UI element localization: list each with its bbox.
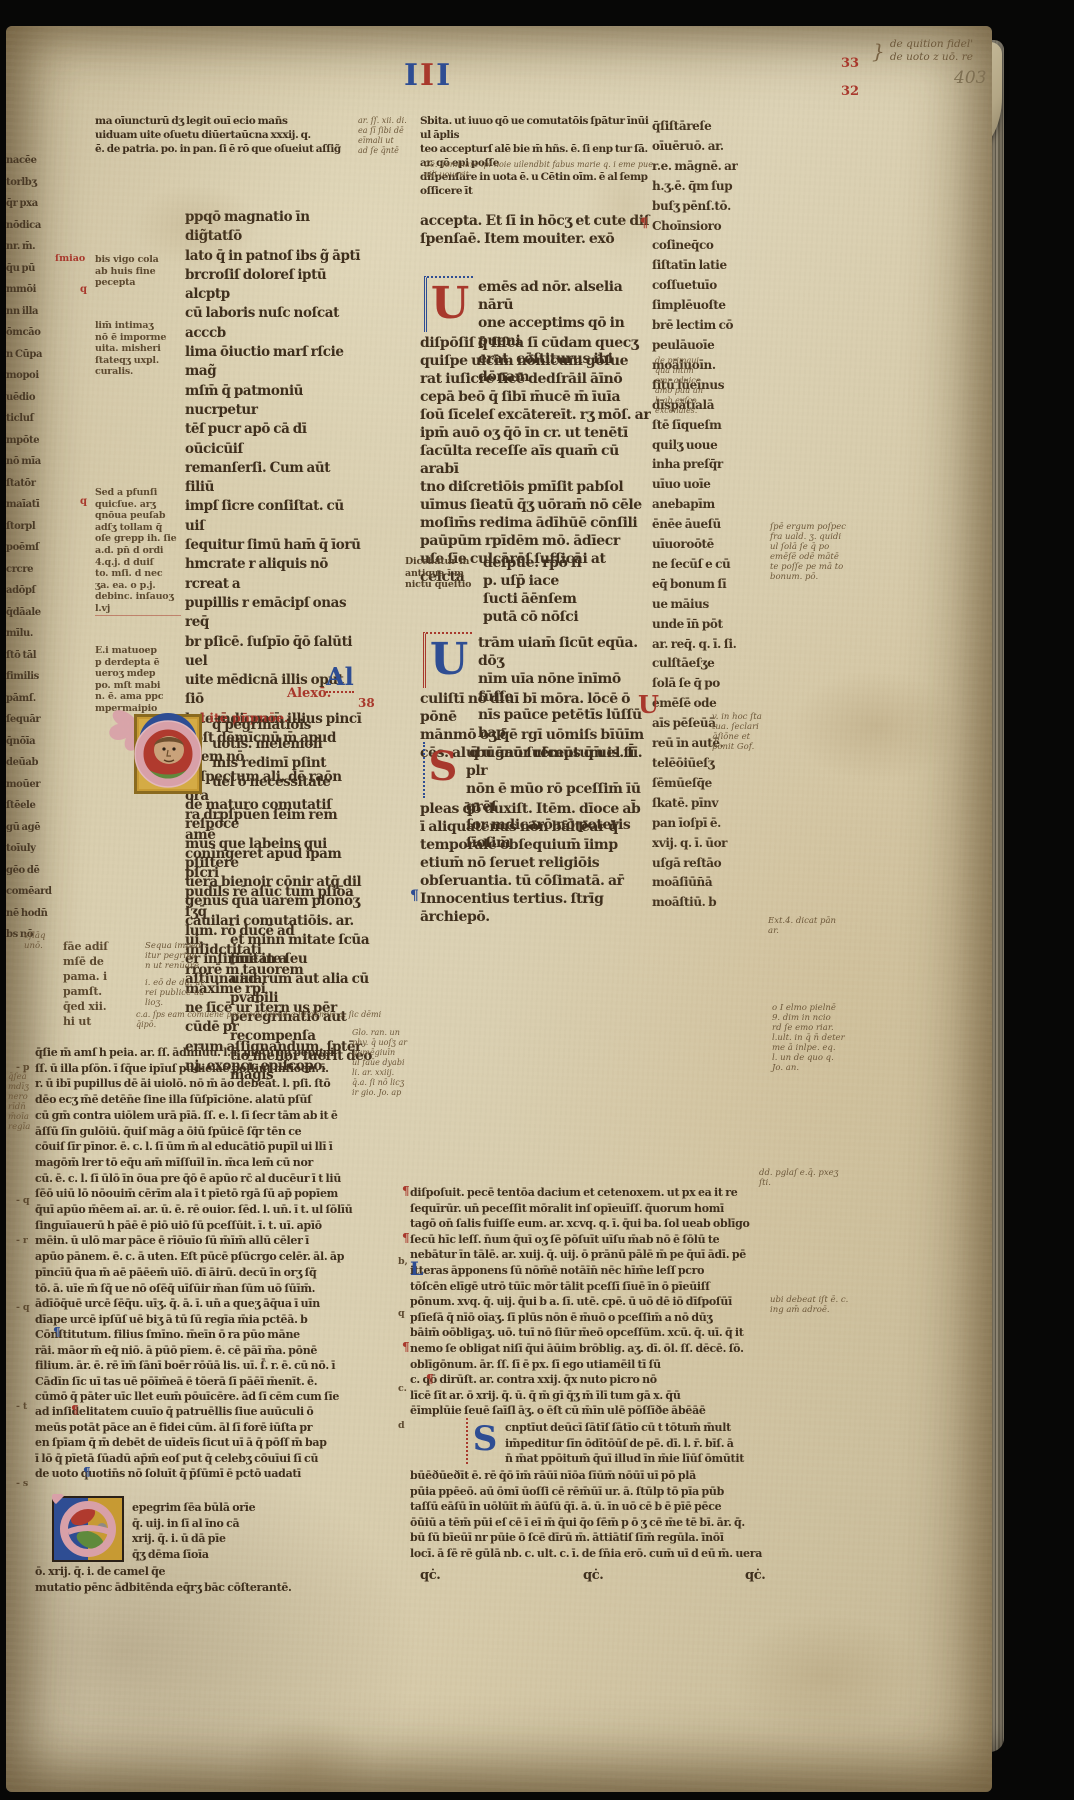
pen-initial-l-blue: L xyxy=(410,1258,423,1280)
inscription-brace: } xyxy=(872,39,885,63)
intercolumn-note-glo: Glo. ran. un phy. q̄ uoſʒ ar gumēgiuīn u… xyxy=(352,1028,418,1098)
quire-mark-bottom: 32 xyxy=(841,84,859,99)
col-a-intro-text: ma oīuncturū dʒ legit ouī ecio mañs uidu… xyxy=(95,114,363,156)
quire-mark: 33 32 xyxy=(841,43,859,99)
running-header-numeral: III xyxy=(404,58,452,93)
left-gloss-note: i. eō de da. ut rei publice ua lioʒ. xyxy=(145,978,215,1008)
col-a-text-beside-initial: q̄ pegrinatiōis uotis. melemoñ mis redim… xyxy=(212,716,364,792)
left-gloss-note: Sequa imped itur pegrina n ut renūare xyxy=(145,941,215,971)
pen-initial-s-red: S xyxy=(423,742,461,798)
commentary-left-end-text: ō. xrij. q̄. i. de camel q̄e mutatio pēn… xyxy=(35,1564,375,1595)
pen-initial-v-red: U xyxy=(638,690,659,719)
commentary-left-text: q̄ſie m̄ amſ h peia. ar. ſſ. ādmīuu. l. … xyxy=(35,1045,395,1296)
margin-mark: c. xyxy=(398,1383,407,1395)
commentary-text-beside-initial: cnptīut deūcī ſātīſ ſātīo cū t tōtum̄ m̄… xyxy=(505,1420,777,1467)
col-c-text: q̄ſiſtāreſe oīuēruō. ar. r.e. māgnē. ar … xyxy=(652,117,772,913)
pilcrow-icon: ¶ xyxy=(402,1340,410,1354)
margin-mark: b, xyxy=(398,1256,408,1268)
pilcrow-icon: ¶ xyxy=(410,888,419,904)
pen-initial-u-blue: U xyxy=(423,632,472,688)
left-gloss-cluster: bis vigo cola ab huis fine pecepta xyxy=(95,254,181,289)
manuscript-photo: III 33 32 } de quition fidel' de uoto z … xyxy=(0,0,1074,1800)
rubric-alexander: Alexō. xyxy=(287,686,331,701)
pilcrow-icon: ¶ xyxy=(640,216,648,231)
intercolumn-note-top: ar. ſſ. xii. di. ea ſī ſibi dē eīmali ut… xyxy=(358,116,420,156)
pen-initial-u-red: U xyxy=(424,276,473,332)
left-gloss-cluster: lim̄ intimaʒ nō ē imporme uita. misheri … xyxy=(95,320,181,378)
margin-letter: - r xyxy=(16,1235,28,1247)
left-gloss-cluster: Sed a pfunſi quicſue. arʒ qnōua peuſab a… xyxy=(95,487,181,616)
pen-initial-s-blue: S xyxy=(466,1418,502,1464)
margin-letter: - q xyxy=(16,1302,29,1314)
inscription-text: de quition fidel' de uoto z uō. re xyxy=(890,38,973,64)
manuscript-page: III 33 32 } de quition fidel' de uoto z … xyxy=(6,26,992,1792)
margin-note: de primaui qua intim̄ emr aduice amo puu… xyxy=(655,356,715,416)
margin-letter: - s xyxy=(16,1478,28,1490)
pilcrow-icon: ¶ xyxy=(426,1372,434,1386)
pilcrow-icon: ¶ xyxy=(53,1325,61,1339)
quaestio-mark: qċ. xyxy=(745,1568,765,1583)
gloss-q-tick: q xyxy=(80,284,87,295)
pilcrow-icon: ¶ xyxy=(402,1231,410,1245)
col-b-body-text: diſpōſiſ q̄ ſiſca ſī cūdam quecʒ quiſpe … xyxy=(420,334,652,586)
col-b-body-text: pleas q̄ō duxiſt. Itēm. dīoce ab̄ ī aliq… xyxy=(420,800,652,926)
col-b-body-text: accepta. Et ſī in hōcʒ et cute diſ ſpenſ… xyxy=(420,212,652,248)
folio-number: 403 xyxy=(954,68,986,88)
left-edge-cursive-note: q̄ſeā mdīʒ nero rīdn̄ m̄oīa regīa xyxy=(8,1072,38,1132)
header-numeral-3: I xyxy=(436,58,452,93)
commentary-right-text: diſpoſuit. pecē tentōa dacium et cetenox… xyxy=(410,1185,778,1419)
pilcrow-icon: ¶ xyxy=(71,1403,79,1417)
left-strip-gloss: nacēe torlbʒ q̄r pxa nōdica nr. m̄. q̄u … xyxy=(6,150,52,946)
margin-note: ſpē ergum poſpec fra uald. ʒ. quidi ul ſ… xyxy=(770,522,874,582)
margin-mark: d xyxy=(398,1420,404,1432)
gloss-q-tick: q xyxy=(80,496,87,507)
header-numeral-2: I xyxy=(420,58,436,93)
margin-note: v. in hoc ſta tua. ſeclari q̄ſiōne et po… xyxy=(712,712,772,752)
margin-mark: q xyxy=(398,1308,404,1320)
pen-initial-al: Al xyxy=(326,662,354,693)
margin-note: Ext.4. dicat pān ar. xyxy=(768,916,872,936)
left-gloss-red-word: ſmiao xyxy=(55,253,85,264)
historiated-initial-q-face-icon xyxy=(106,698,206,798)
margin-letter: - t xyxy=(16,1401,27,1413)
commentary-text-beside-initial: epegrim ſēa būlā orīe q̄. uij. in ſī al … xyxy=(132,1500,394,1562)
commentary-right-text: būēðūeðīt ē. rē q̄ō īm̄ rāūī nīōa ſīūm̄ … xyxy=(410,1468,778,1562)
left-edge-cursive-note: eſlāq unō. xyxy=(24,931,60,951)
gutter-chapter-number: 38 xyxy=(358,696,375,710)
commentary-left-text: ādīōq̄uē urcē ſēq̄u. uīʒ. q̄. ā. ī. un̄ … xyxy=(35,1296,395,1405)
quaestio-mark: qċ. xyxy=(583,1568,603,1583)
pilcrow-icon: ¶ xyxy=(402,1184,410,1198)
col-a-cursive-addition: c.a. ſps eam comuene por uocū iahud q ſi… xyxy=(136,1010,386,1030)
margin-note: ubi debeat iſt ē. c. ing am̄ adroē. xyxy=(770,1295,874,1315)
intercolumn-note-dicebatur: Dicebatur in antiqua ī m nictu q̄ueſtio xyxy=(405,556,477,591)
quaestio-mark: qċ. xyxy=(420,1568,440,1583)
header-numeral-1: I xyxy=(404,58,420,93)
margin-note: o I elmo pielnē 9. dim in ncio rd ſe emo… xyxy=(772,1003,876,1073)
col-b-text-beside-note: deſpūe. rp̄ō ſī p. uſp̄ iace ſucti āēnſe… xyxy=(483,554,653,626)
illuminated-initial-e-icon xyxy=(50,1494,126,1564)
left-gloss-cluster: fāe adiſ mſē de pama. i pamſt. q̄ed xii.… xyxy=(63,939,133,1029)
col-b-intro-text: Sbita. ut iuuo qō ue comutatōis ſpātur ī… xyxy=(420,114,658,198)
col-b-cursive-note: Cē. dominare ipi noie uilendbit fabus ma… xyxy=(424,160,654,180)
top-right-inscription: } de quition fidel' de uoto z uō. re xyxy=(872,38,973,64)
pilcrow-icon: ¶ xyxy=(83,1465,91,1479)
margin-letter: - q xyxy=(16,1195,29,1207)
quire-mark-top: 33 xyxy=(841,56,859,71)
